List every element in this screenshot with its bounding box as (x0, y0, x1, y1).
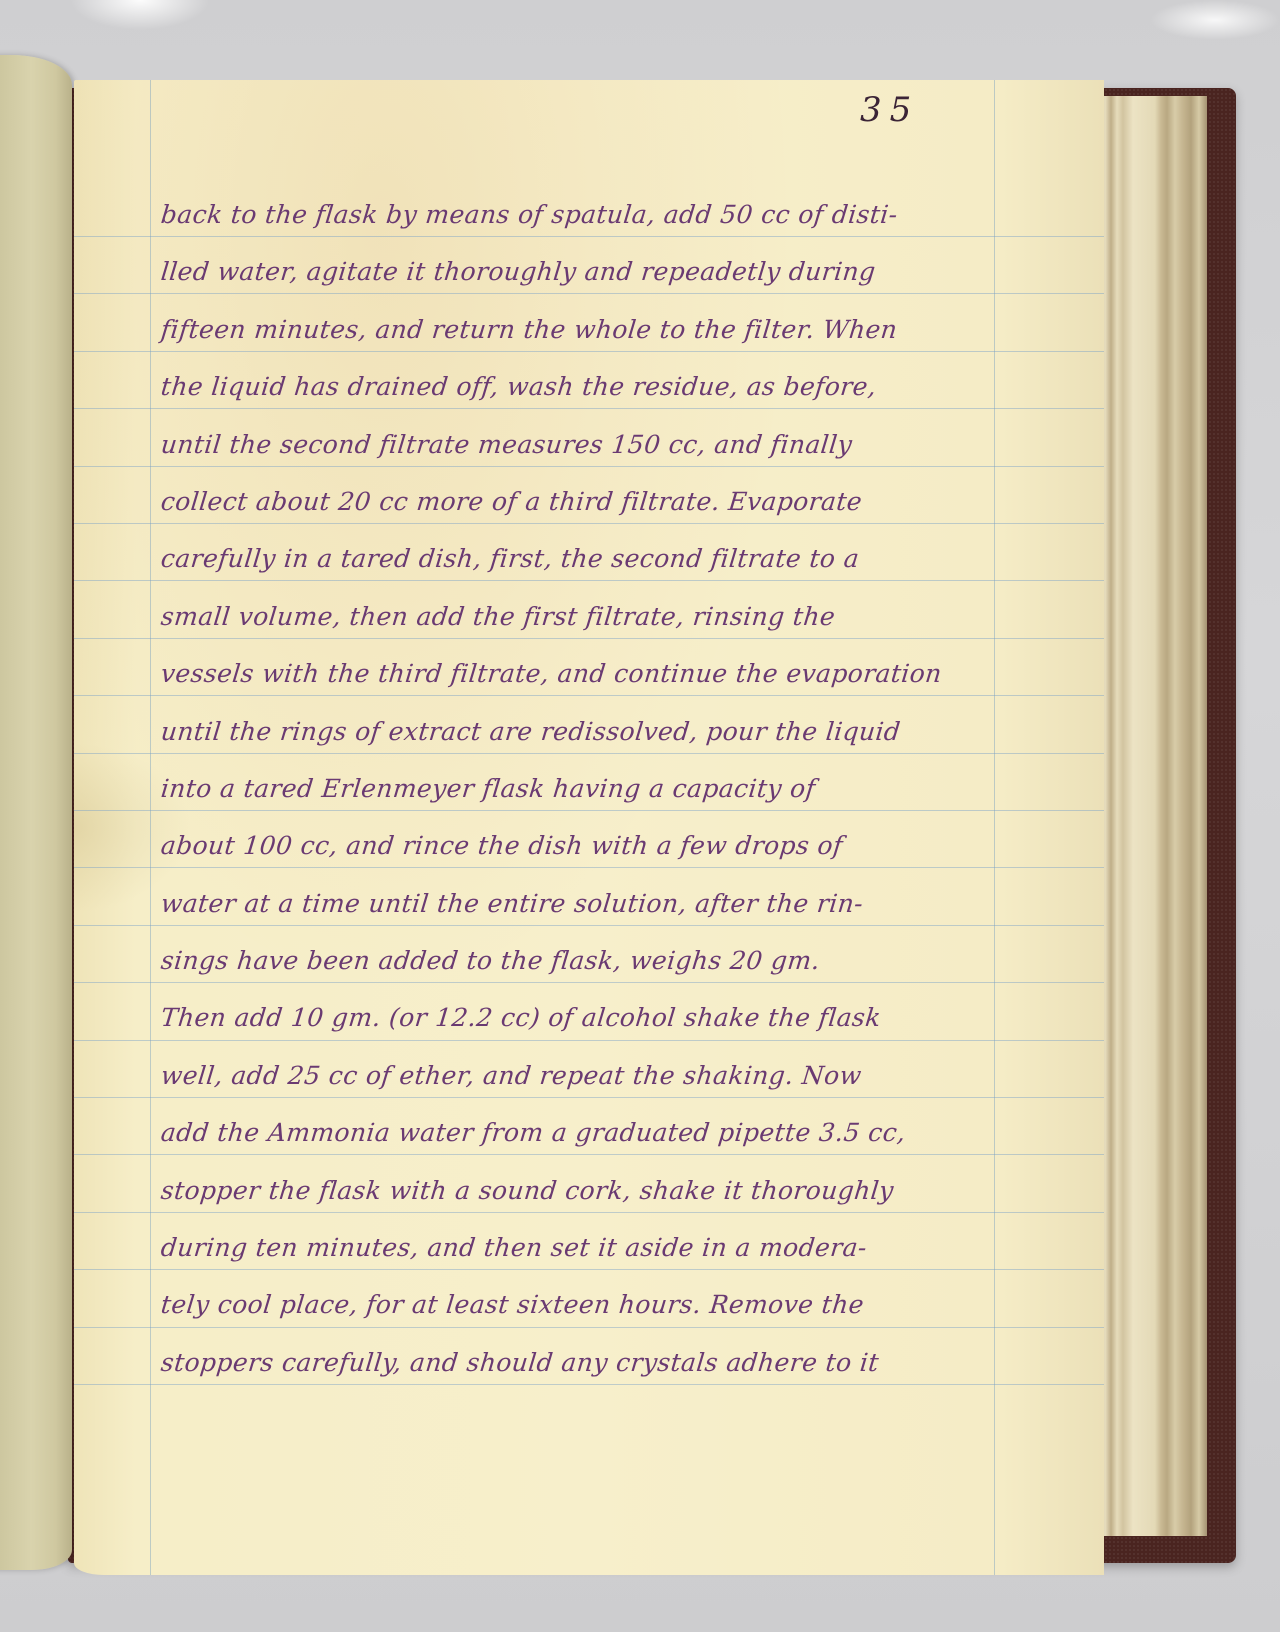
text-line: well, add 25 cc of ether, and repeat the… (158, 1047, 1024, 1104)
page-stack-edges (1095, 96, 1207, 1536)
light-glare (70, 0, 210, 30)
left-margin-line (150, 80, 151, 1575)
text-line: about 100 cc, and rince the dish with a … (158, 817, 1024, 874)
page-number: 35 (860, 90, 919, 130)
text-line: water at a time until the entire solutio… (158, 875, 1024, 932)
text-line: sings have been added to the flask, weig… (158, 932, 1024, 989)
text-line: during ten minutes, and then set it asid… (158, 1219, 1024, 1276)
text-line: until the rings of extract are redissolv… (158, 703, 1024, 760)
text-line: into a tared Erlenmeyer flask having a c… (158, 760, 1024, 817)
text-line: collect about 20 cc more of a third filt… (158, 473, 1024, 530)
left-facing-page (0, 55, 72, 1570)
text-line: Then add 10 gm. (or 12.2 cc) of alcohol … (158, 989, 1024, 1046)
text-line: carefully in a tared dish, first, the se… (158, 530, 1024, 587)
text-line: back to the flask by means of spatula, a… (158, 186, 1024, 243)
text-line: lled water, agitate it thoroughly and re… (158, 243, 1024, 300)
text-line: stopper the flask with a sound cork, sha… (158, 1162, 1024, 1219)
notebook-page: 35 back to the flask by means of spatula… (74, 80, 1104, 1575)
text-line: vessels with the third filtrate, and con… (158, 645, 1024, 702)
text-line: stoppers carefully, and should any cryst… (158, 1334, 1024, 1391)
handwritten-text: back to the flask by means of spatula, a… (158, 186, 1018, 1391)
text-line: tely cool place, for at least sixteen ho… (158, 1276, 1024, 1333)
light-glare (1150, 0, 1280, 40)
text-line: the liquid has drained off, wash the res… (158, 358, 1024, 415)
text-line: add the Ammonia water from a graduated p… (158, 1104, 1024, 1161)
text-line: until the second filtrate measures 150 c… (158, 416, 1024, 473)
text-line: small volume, then add the first filtrat… (158, 588, 1024, 645)
text-line: fifteen minutes, and return the whole to… (158, 301, 1024, 358)
